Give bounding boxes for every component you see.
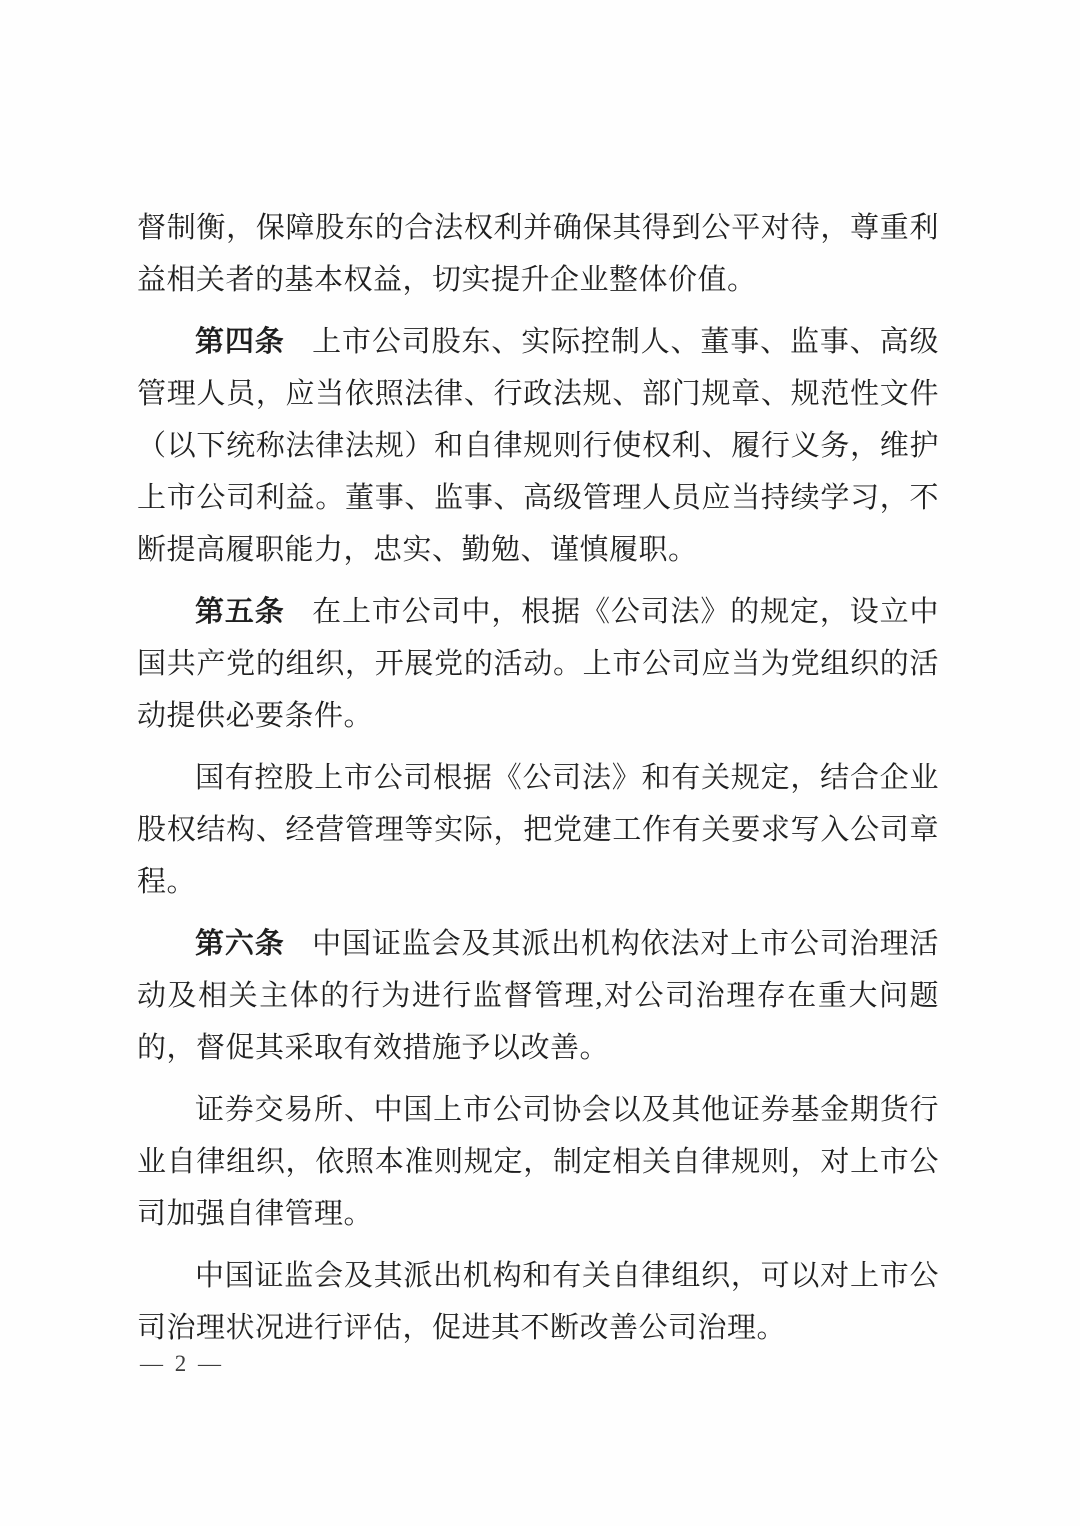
article-paragraph: 第六条中国证监会及其派出机构依法对上市公司治理活动及相关主体的行为进行监督管理,…	[137, 918, 939, 1074]
page-number: — 2 —	[140, 1350, 224, 1378]
article-paragraph: 第四条上市公司股东、实际控制人、董事、监事、高级管理人员，应当依照法律、行政法规…	[137, 316, 939, 576]
paragraph: 督制衡，保障股东的合法权利并确保其得到公平对待，尊重利益相关者的基本权益，切实提…	[137, 202, 939, 306]
article-number: 第六条	[195, 928, 285, 960]
document-page: 督制衡，保障股东的合法权利并确保其得到公平对待，尊重利益相关者的基本权益，切实提…	[0, 0, 1080, 1526]
article-paragraph: 第五条在上市公司中，根据《公司法》的规定，设立中国共产党的组织，开展党的活动。上…	[137, 586, 939, 742]
article-number: 第五条	[195, 596, 285, 628]
paragraph: 国有控股上市公司根据《公司法》和有关规定，结合企业股权结构、经营管理等实际，把党…	[137, 752, 939, 908]
document-body: 督制衡，保障股东的合法权利并确保其得到公平对待，尊重利益相关者的基本权益，切实提…	[137, 202, 939, 1354]
paragraph: 中国证监会及其派出机构和有关自律组织，可以对上市公司治理状况进行评估，促进其不断…	[137, 1250, 939, 1354]
paragraph: 证券交易所、中国上市公司协会以及其他证券基金期货行业自律组织，依照本准则规定，制…	[137, 1084, 939, 1240]
article-number: 第四条	[195, 326, 285, 358]
